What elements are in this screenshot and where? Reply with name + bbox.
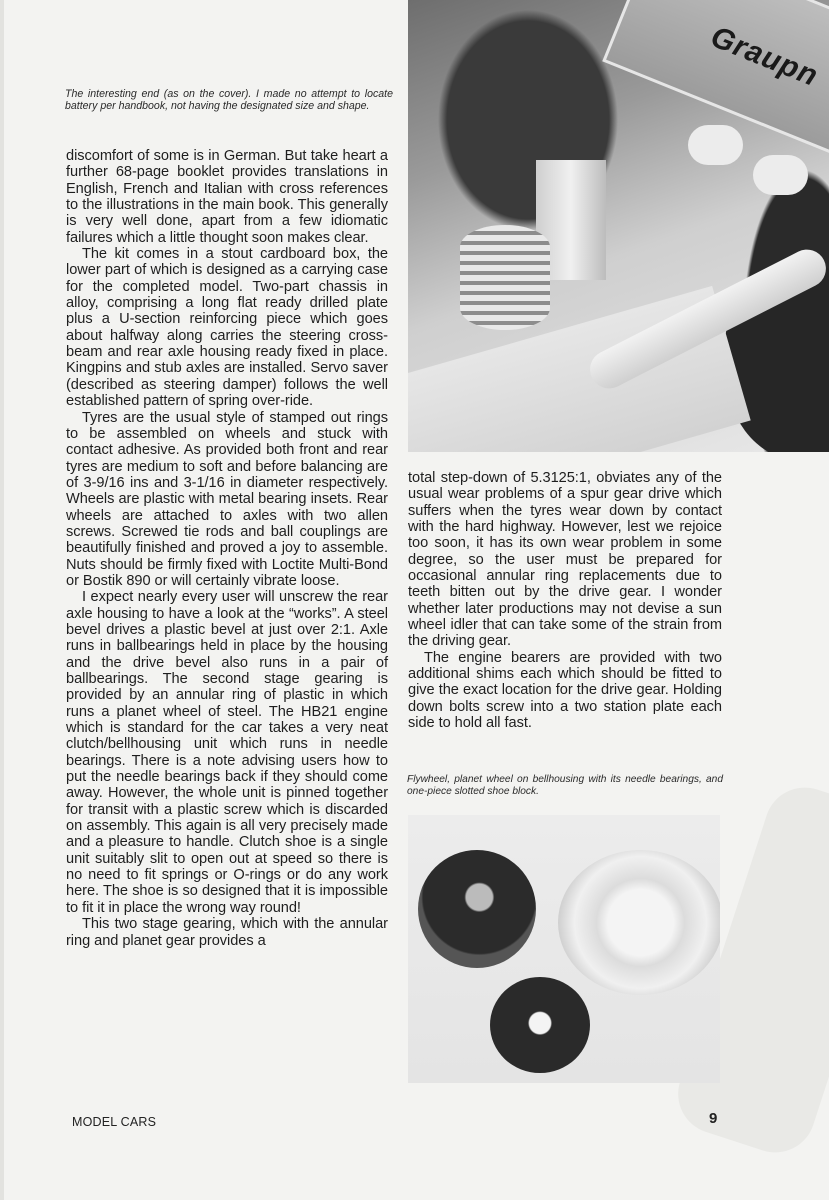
paragraph: The kit comes in a stout cardboard box, … (66, 246, 388, 409)
article-column-right: total step-down of 5.3125:1, obviates an… (408, 470, 722, 732)
clutch-parts-photo (408, 815, 720, 1083)
paragraph: discomfort of some is in German. But tak… (66, 148, 388, 246)
paragraph: The engine bearers are provided with two… (408, 650, 722, 732)
page-edge (0, 0, 4, 1200)
paragraph: I expect nearly every user will unscrew … (66, 589, 388, 916)
flywheel-gear (418, 850, 536, 968)
paragraph: Tyres are the usual style of stamped out… (66, 410, 388, 590)
photo-caption-top: The interesting end (as on the cover). I… (65, 88, 393, 112)
bellhousing (558, 850, 720, 995)
capacitor (688, 125, 743, 165)
engine-photo: Graupn (408, 0, 829, 452)
page-number: 9 (709, 1110, 717, 1127)
clutch-shoe-block (490, 977, 590, 1073)
paragraph: This two stage gearing, which with the a… (66, 916, 388, 949)
photo-caption-bottom: Flywheel, planet wheel on bellhousing wi… (407, 774, 723, 798)
publication-name: MODEL CARS (72, 1115, 156, 1129)
capacitor (753, 155, 808, 195)
paragraph: total step-down of 5.3125:1, obviates an… (408, 470, 722, 650)
article-column-left: discomfort of some is in German. But tak… (66, 148, 388, 949)
engine-cylinder-head (460, 225, 550, 330)
